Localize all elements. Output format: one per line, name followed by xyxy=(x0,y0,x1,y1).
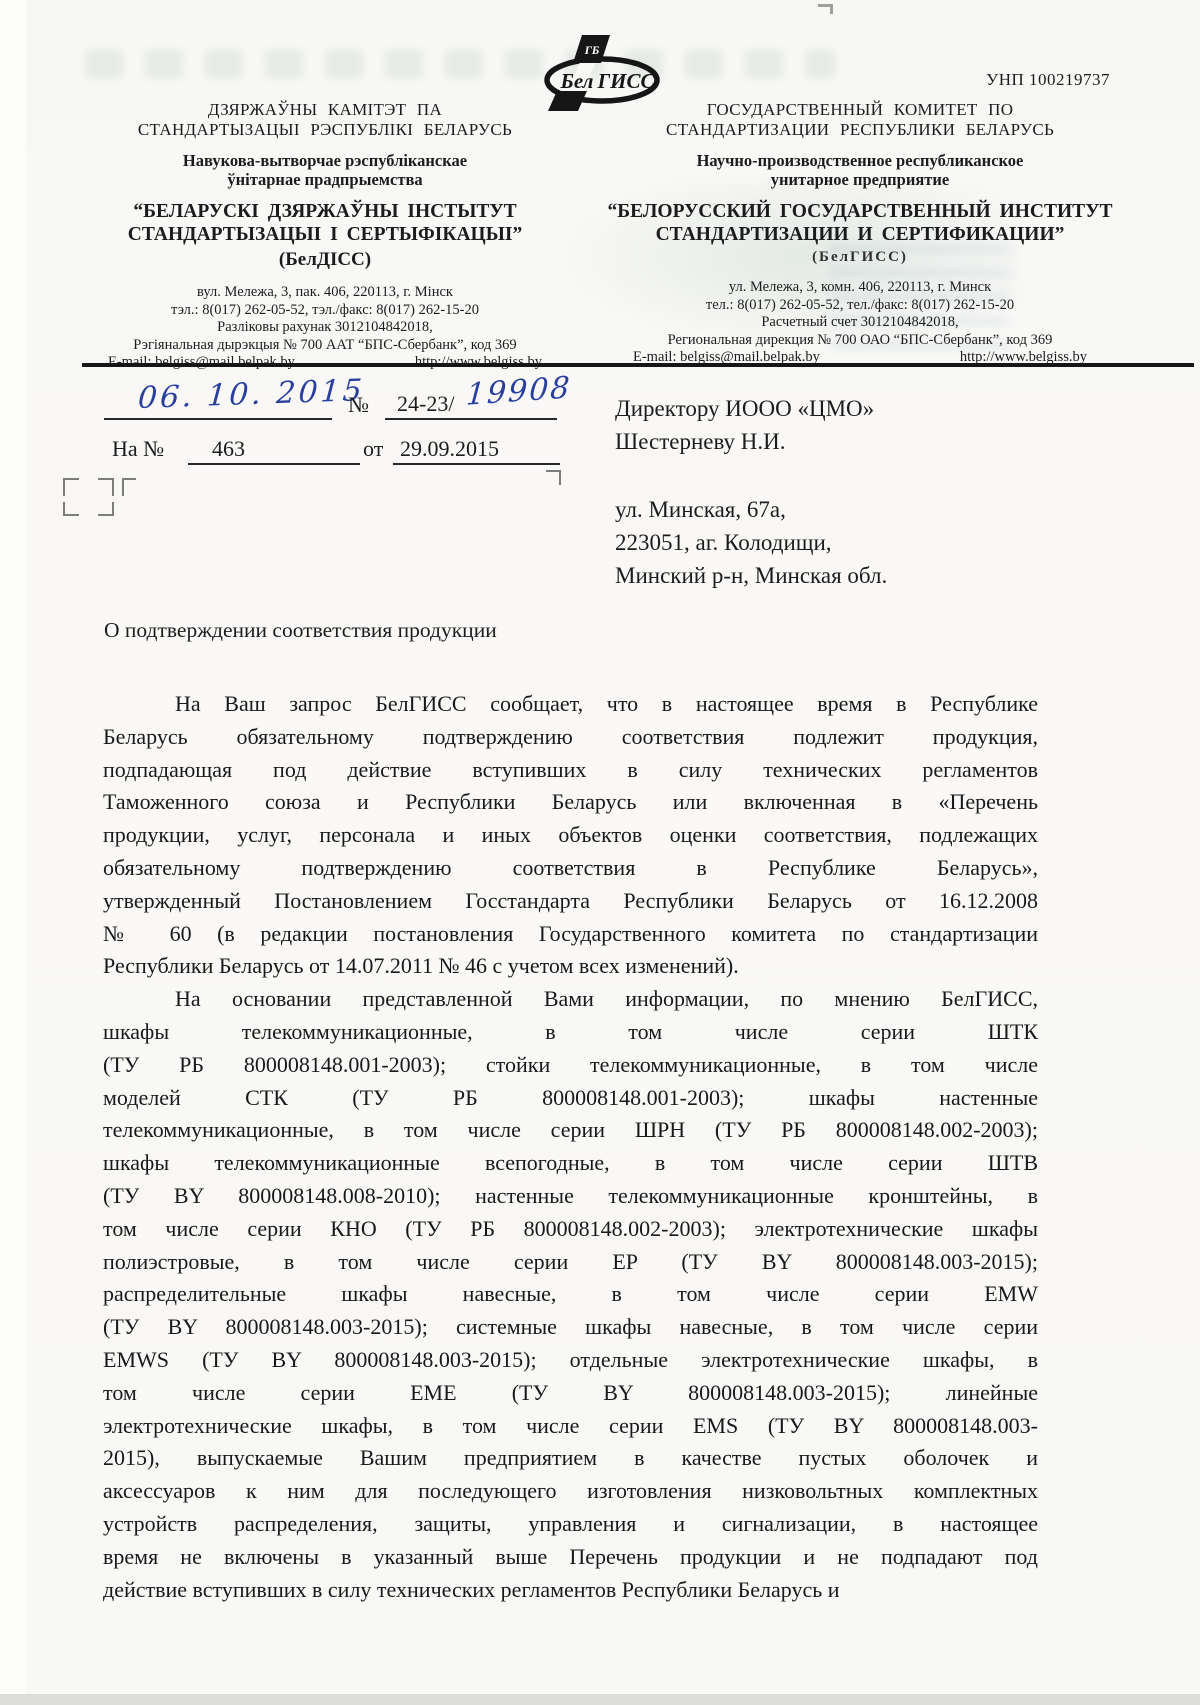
body-line: утвержденный Постановлением Госстандарта… xyxy=(103,885,1038,918)
outgoing-number-printed: 24-23/ xyxy=(397,391,454,417)
header-column-belarusian: ДЗЯРЖАЎНЫ КАМІТЭТ ПА СТАНДАРТЫЗАЦЫІ РЭСП… xyxy=(80,100,570,371)
org-abbr-ru: (БелГИСС) xyxy=(605,249,1115,266)
body-line: аксессуаров к ним для последующего изгот… xyxy=(103,1475,1038,1508)
body-line: (ТУ РБ 800008148.001-2003); стойки телек… xyxy=(103,1049,1038,1082)
from-label: от xyxy=(363,436,383,462)
addressee-name: Шестерневу Н.И. xyxy=(615,425,1045,458)
bank-account-by: Разліковы рахунак 3012104842018, xyxy=(80,319,570,336)
bleedthrough-artifact xyxy=(85,50,835,78)
header-column-russian: ГОСУДАРСТВЕННЫЙ КОМИТЕТ ПО СТАНДАРТИЗАЦИ… xyxy=(605,100,1115,366)
handwritten-date: 06. 10. 2015 xyxy=(137,373,366,416)
body-paragraph: На Ваш запрос БелГИСС сообщает, что в на… xyxy=(103,688,1038,983)
logo-text-left: Бел xyxy=(560,69,594,93)
scan-edge-bottom xyxy=(0,1694,1200,1705)
addressee-street: ул. Минская, 67а, xyxy=(615,493,1045,526)
scanned-letter-page: ГБ Бел ГИСС УНП 100219737 ДЗЯРЖАЎНЫ КАМІ… xyxy=(0,0,1200,1705)
committee-name-by: ДЗЯРЖАЎНЫ КАМІТЭТ ПА xyxy=(80,100,570,120)
body-paragraph: На основании представленной Вами информа… xyxy=(103,983,1038,1606)
number-sign: № xyxy=(348,392,369,418)
bank-name-ru: Региональная дирекция № 700 ОАО “БПС-Сбе… xyxy=(605,332,1115,349)
corner-mark xyxy=(98,502,114,516)
body-line: Беларусь обязательному подтверждению соо… xyxy=(103,721,1038,754)
addressee-position: Директору ИООО «ЦМО» xyxy=(615,392,1045,425)
reply-number-underline xyxy=(188,463,360,465)
org-abbr-by: (БелДІСС) xyxy=(80,249,570,271)
body-line: Республики Беларусь от 14.07.2011 № 46 с… xyxy=(103,950,1038,983)
reply-date: 29.09.2015 xyxy=(400,436,499,462)
body-line: телекоммуникационные, в том числе серии … xyxy=(103,1114,1038,1147)
addressee-block: Директору ИООО «ЦМО» Шестерневу Н.И. ул.… xyxy=(615,392,1045,592)
unp-number: УНП 100219737 xyxy=(940,70,1110,90)
letter-body: На Ваш запрос БелГИСС сообщает, что в на… xyxy=(103,688,1038,1606)
body-line: подпадающая под действие вступивших в си… xyxy=(103,754,1038,787)
logo-text-right: ГИСС xyxy=(596,69,655,93)
body-line: электротехнические шкафы, в том числе се… xyxy=(103,1410,1038,1443)
body-line: шкафы телекоммуникационные, в том числе … xyxy=(103,1016,1038,1049)
committee-name-ru: ГОСУДАРСТВЕННЫЙ КОМИТЕТ ПО xyxy=(605,100,1115,120)
bank-name-by: Рэгіянальная дырэкцыя № 700 ААТ “БПС-Сбе… xyxy=(80,337,570,354)
body-line: Таможенного союза и Республики Беларусь … xyxy=(103,786,1038,819)
handwritten-number: 19908 xyxy=(465,370,573,413)
body-line: устройств распределения, защиты, управле… xyxy=(103,1508,1038,1541)
stray-pen-mark xyxy=(818,4,833,14)
header-divider-rule xyxy=(82,363,1194,367)
org-type-ru: Научно-производственное республиканское xyxy=(605,151,1115,170)
addressee-region: Минский р-н, Минская обл. xyxy=(615,559,1045,592)
subject-line: О подтверждении соответствия продукции xyxy=(104,618,497,643)
body-line: На Ваш запрос БелГИСС сообщает, что в на… xyxy=(103,688,1038,721)
body-line: том числе серии КНО (ТУ РБ 800008148.002… xyxy=(103,1213,1038,1246)
body-line: распределительные шкафы навесные, в том … xyxy=(103,1278,1038,1311)
org-name-ru: “БЕЛОРУССКИЙ ГОСУДАРСТВЕННЫЙ ИНСТИТУТ xyxy=(605,200,1115,223)
scan-edge-left xyxy=(0,0,26,1705)
body-line: действие вступивших в силу технических р… xyxy=(103,1574,1038,1607)
corner-mark xyxy=(98,478,114,496)
street-address-by: вул. Мележа, 3, пак. 406, 220113, г. Мін… xyxy=(80,284,570,301)
org-name-by: “БЕЛАРУСКІ ДЗЯРЖАЎНЫ ІНСТЫТУТ xyxy=(80,200,570,223)
body-line: том числе серии EME (ТУ BY 800008148.003… xyxy=(103,1377,1038,1410)
body-line: продукции, услуг, персонала и иных объек… xyxy=(103,819,1038,852)
org-type-by: Навукова-вытворчае рэспубліканскае xyxy=(80,151,570,170)
body-line: На основании представленной Вами информа… xyxy=(103,983,1038,1016)
corner-mark xyxy=(546,470,561,485)
body-line: (ТУ BY 800008148.008-2010); настенные те… xyxy=(103,1180,1038,1213)
street-address-ru: ул. Мележа, 3, комн. 406, 220113, г. Мин… xyxy=(605,279,1115,296)
corner-mark xyxy=(63,502,79,516)
body-line: EMWS (ТУ BY 800008148.003-2015); отдельн… xyxy=(103,1344,1038,1377)
reply-to-label: На № xyxy=(112,436,164,462)
body-line: № 60 (в редакции постановления Государст… xyxy=(103,918,1038,951)
logo-emblem-glyph: ГБ xyxy=(584,43,600,57)
body-line: моделей СТК (ТУ РБ 800008148.001-2003); … xyxy=(103,1082,1038,1115)
reply-number: 463 xyxy=(212,436,245,462)
corner-mark xyxy=(63,478,79,496)
phone-by: тэл.: 8(017) 262-05-52, тэл./факс: 8(017… xyxy=(80,302,570,319)
body-line: 2015), выпускаемые Вашим предприятием в … xyxy=(103,1442,1038,1475)
corner-mark xyxy=(122,478,136,496)
body-line: обязательному подтверждению соответствия… xyxy=(103,852,1038,885)
body-line: шкафы телекоммуникационные всепогодные, … xyxy=(103,1147,1038,1180)
reply-date-underline xyxy=(393,463,560,465)
body-line: время не включены в указанный выше Переч… xyxy=(103,1541,1038,1574)
date-underline xyxy=(104,418,332,420)
body-line: полиэстровые, в том числе серии EP (ТУ B… xyxy=(103,1246,1038,1279)
addressee-town: 223051, аг. Колодищи, xyxy=(615,526,1045,559)
number-underline xyxy=(385,418,557,420)
bank-account-ru: Расчетный счет 3012104842018, xyxy=(605,314,1115,331)
body-line: (ТУ BY 800008148.003-2015); системные шк… xyxy=(103,1311,1038,1344)
phone-ru: тел.: 8(017) 262-05-52, тел./факс: 8(017… xyxy=(605,297,1115,314)
